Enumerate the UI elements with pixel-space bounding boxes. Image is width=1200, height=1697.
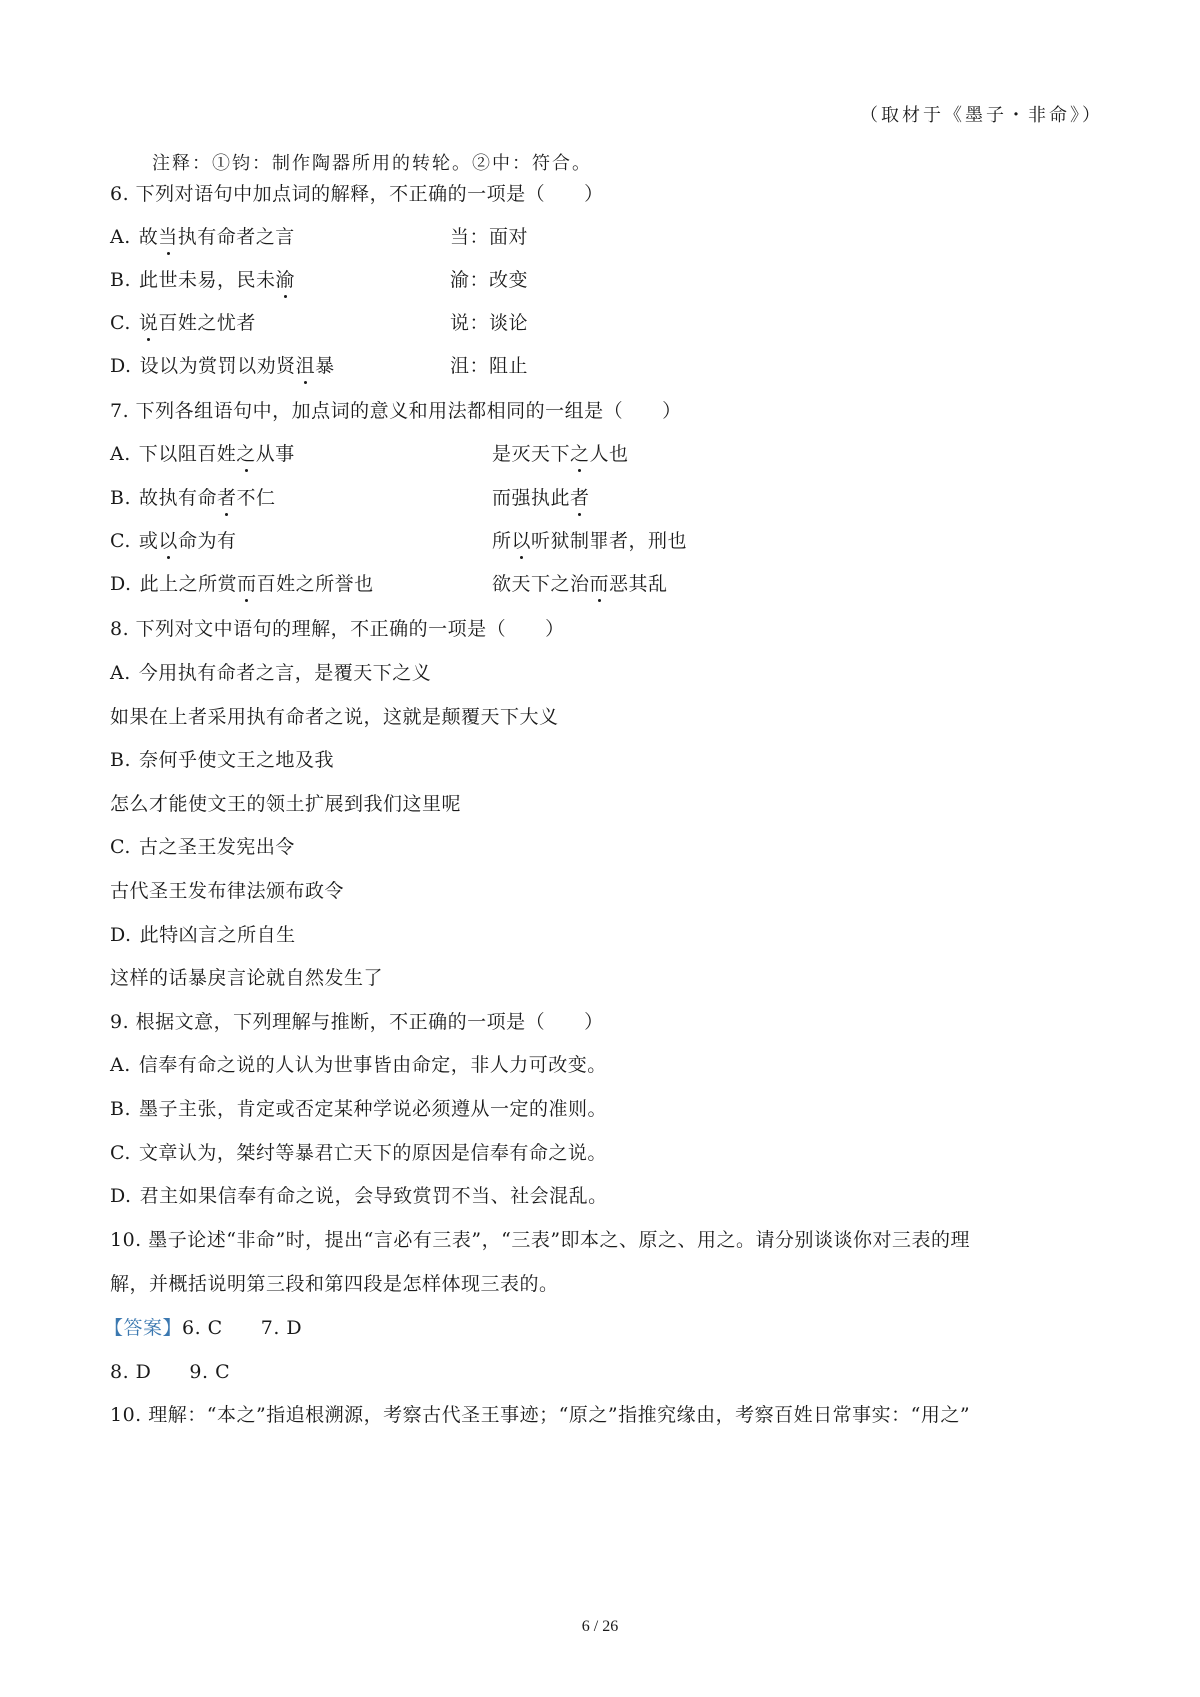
option-text: 恶其乱 (609, 573, 668, 595)
option-text: 听狱制罪者，刑也 (531, 530, 687, 552)
q6-option-d: D.设以为赏罚以劝贤沮暴 (110, 354, 335, 378)
option-text: 百姓之所誉也 (257, 573, 374, 595)
option-label: B. (110, 1098, 131, 1120)
option-label: A. (110, 1054, 131, 1076)
q6-option-c: C.说百姓之忧者 (110, 311, 256, 335)
emphasized-char: 说 (139, 311, 159, 335)
option-text: 百姓之忧者 (158, 312, 256, 334)
q6-option-b: B.此世未易，民未渝 (110, 268, 295, 292)
option-label: B. (110, 487, 131, 509)
option-text: 墨子主张，肯定或否定某种学说必须遵从一定的准则。 (139, 1098, 607, 1120)
emphasized-char: 沮 (296, 354, 316, 378)
option-text: 文章认为，桀纣等暴君亡天下的原因是信奉有命之说。 (139, 1142, 607, 1164)
option-label: C. (110, 1142, 131, 1164)
q8-option-b: B.奈何乎使文王之地及我 (110, 748, 334, 772)
q7-option-b-right: 而强执此者 (492, 486, 590, 510)
option-text: 今用执有命者之言，是覆天下之义 (139, 662, 432, 684)
q9-option-b: B.墨子主张，肯定或否定某种学说必须遵从一定的准则。 (110, 1097, 607, 1121)
q7-option-a-right: 是灭天下之人也 (492, 442, 629, 466)
option-text: 故 (139, 226, 159, 248)
source-citation: （取材于《墨子・非命》） (860, 104, 1103, 128)
q8-option-d: D.此特凶言之所自生 (110, 923, 296, 947)
question-10-stem-line2: 解，并概括说明第三段和第四段是怎样体现三表的。 (110, 1272, 559, 1296)
option-label: A. (110, 226, 131, 248)
option-text: 人也 (590, 443, 629, 465)
annotation-note: 注释：①钧：制作陶器所用的转轮。②中：符合。 (152, 152, 592, 176)
emphasized-char: 而 (237, 572, 257, 596)
q7-option-d-right: 欲天下之治而恶其乱 (492, 572, 668, 596)
emphasized-char: 以 (158, 529, 178, 553)
q9-option-a: A.信奉有命之说的人认为世事皆由命定，非人力可改变。 (110, 1053, 607, 1077)
option-text: 执有命者之言 (178, 226, 295, 248)
q7-option-b-left: B.故执有命者不仁 (110, 486, 276, 510)
option-text: 从事 (256, 443, 295, 465)
answer-value: 7. D (261, 1317, 302, 1339)
q6-gloss-a: 当：面对 (450, 225, 528, 249)
option-label: C. (110, 312, 131, 334)
option-label: D. (110, 924, 132, 946)
q9-option-d: D.君主如果信奉有命之说，会导致赏罚不当、社会混乱。 (110, 1184, 608, 1208)
answer-row-2: 8. D9. C (110, 1360, 230, 1384)
option-text: 故执有命 (139, 487, 217, 509)
emphasized-char: 之 (570, 442, 590, 466)
q6-gloss-b: 渝：改变 (450, 268, 528, 292)
answer-tag: 【答案】 (104, 1317, 182, 1339)
option-text: 或 (139, 530, 159, 552)
question-6-stem: 6. 下列对语句中加点词的解释，不正确的一项是（ ） (110, 182, 604, 206)
q8-translation-d: 这样的话暴戾言论就自然发生了 (110, 966, 383, 990)
option-label: D. (110, 573, 132, 595)
option-label: D. (110, 355, 132, 377)
option-text: 所 (492, 530, 512, 552)
emphasized-char: 者 (217, 486, 237, 510)
emphasized-char: 而 (590, 572, 610, 596)
q7-option-d-left: D.此上之所赏而百姓之所誉也 (110, 572, 374, 596)
answer-explanation: 10. 理解：“本之”指追根溯源，考察古代圣王事迹；“原之”指推究缘由，考察百姓… (110, 1403, 970, 1427)
option-text: 命为有 (178, 530, 237, 552)
option-text: 下以阻百姓 (139, 443, 237, 465)
option-text: 暴 (315, 355, 335, 377)
q7-option-c-right: 所以听狱制罪者，刑也 (492, 529, 687, 553)
document-page: （取材于《墨子・非命》） 注释：①钧：制作陶器所用的转轮。②中：符合。 6. 下… (0, 0, 1200, 1697)
q8-translation-b: 怎么才能使文王的领土扩展到我们这里呢 (110, 792, 461, 816)
q8-translation-a: 如果在上者采用执有命者之说，这就是颠覆天下大义 (110, 705, 559, 729)
answer-value: 8. D (110, 1361, 151, 1383)
option-label: A. (110, 662, 131, 684)
question-10-stem-line1: 10. 墨子论述“非命”时，提出“言必有三表”，“三表”即本之、原之、用之。请分… (110, 1228, 970, 1252)
question-9-stem: 9. 根据文意，下列理解与推断，不正确的一项是（ ） (110, 1010, 604, 1034)
option-text: 此上之所赏 (140, 573, 238, 595)
option-label: D. (110, 1185, 132, 1207)
option-text: 而强执此 (492, 487, 570, 509)
q6-option-a: A.故当执有命者之言 (110, 225, 295, 249)
option-text: 奈何乎使文王之地及我 (139, 749, 334, 771)
option-label: C. (110, 530, 131, 552)
emphasized-char: 当 (158, 225, 178, 249)
q6-gloss-c: 说：谈论 (450, 311, 528, 335)
option-text: 设以为赏罚以劝贤 (140, 355, 296, 377)
q8-translation-c: 古代圣王发布律法颁布政令 (110, 879, 344, 903)
answer-row-1: 【答案】6. C7. D (104, 1316, 302, 1340)
emphasized-char: 渝 (276, 268, 296, 292)
emphasized-char: 者 (570, 486, 590, 510)
option-label: B. (110, 749, 131, 771)
option-label: C. (110, 836, 131, 858)
q8-option-c: C.古之圣王发宪出令 (110, 835, 295, 859)
option-text: 古之圣王发宪出令 (139, 836, 295, 858)
q8-option-a: A.今用执有命者之言，是覆天下之义 (110, 661, 431, 685)
emphasized-char: 以 (512, 529, 532, 553)
option-text: 欲天下之治 (492, 573, 590, 595)
q7-option-a-left: A.下以阻百姓之从事 (110, 442, 295, 466)
q7-option-c-left: C.或以命为有 (110, 529, 236, 553)
option-label: A. (110, 443, 131, 465)
question-7-stem: 7. 下列各组语句中，加点词的意义和用法都相同的一组是（ ） (110, 399, 682, 423)
option-text: 君主如果信奉有命之说，会导致赏罚不当、社会混乱。 (140, 1185, 608, 1207)
option-text: 不仁 (237, 487, 276, 509)
option-text: 此特凶言之所自生 (140, 924, 296, 946)
option-label: B. (110, 269, 131, 291)
option-text: 信奉有命之说的人认为世事皆由命定，非人力可改变。 (139, 1054, 607, 1076)
page-number: 6 / 26 (0, 1618, 1200, 1636)
answer-value: 9. C (189, 1361, 230, 1383)
question-8-stem: 8. 下列对文中语句的理解，不正确的一项是（ ） (110, 617, 565, 641)
q6-gloss-d: 沮：阻止 (450, 354, 528, 378)
answer-value: 6. C (182, 1317, 223, 1339)
emphasized-char: 之 (236, 442, 256, 466)
option-text: 是灭天下 (492, 443, 570, 465)
option-text: 此世未易，民未 (139, 269, 276, 291)
q9-option-c: C.文章认为，桀纣等暴君亡天下的原因是信奉有命之说。 (110, 1141, 607, 1165)
